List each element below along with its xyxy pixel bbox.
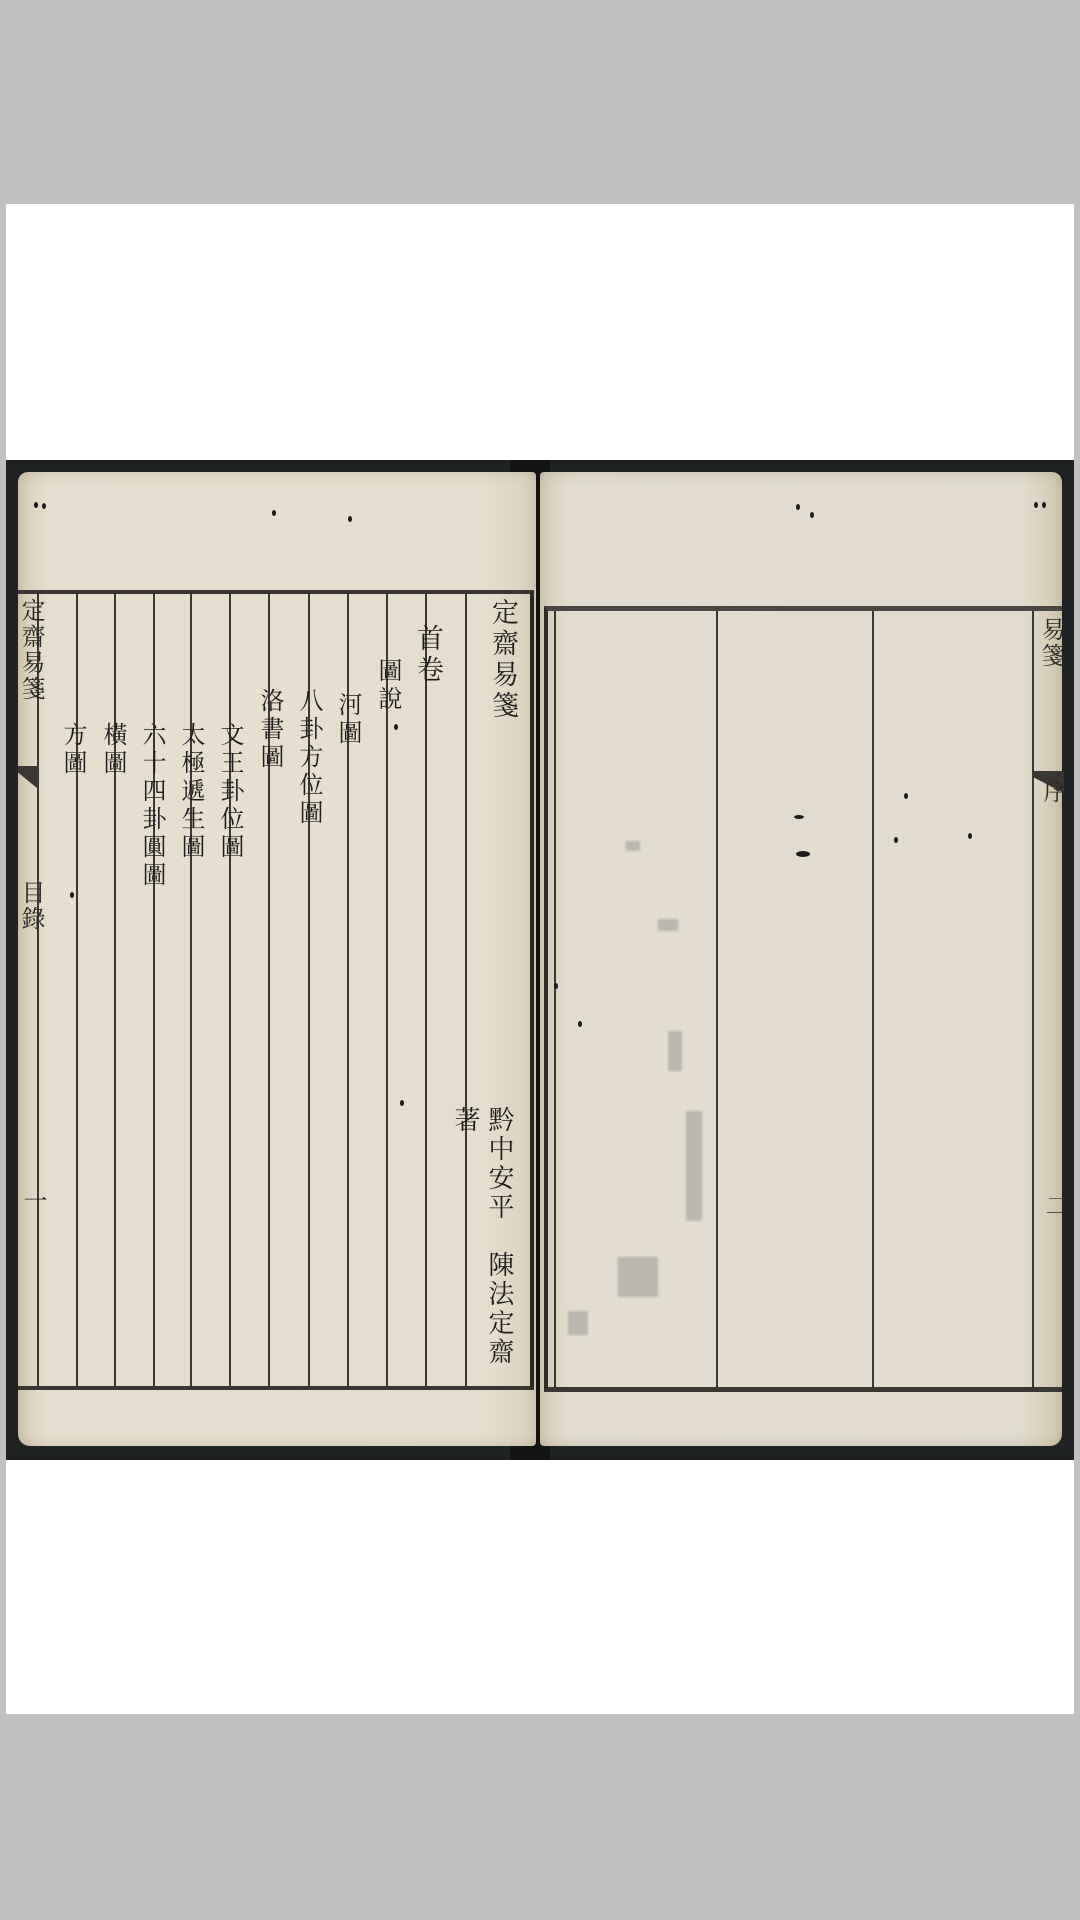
show-through-ink: [568, 1311, 588, 1335]
left-page: 定齋易箋 目錄 一 定齋易箋 首卷 圖說 河圖 八卦方位圖 洛書圖 文王卦位圖 …: [18, 472, 536, 1446]
right-margin-page: 二: [1038, 1193, 1073, 1219]
section-heading: 圖說: [371, 658, 405, 714]
right-page-frame: 易箋 序 二: [544, 606, 1062, 1392]
show-through-ink: [626, 841, 640, 851]
right-page: 易箋 序 二: [540, 472, 1062, 1446]
book-title: 定齋易箋: [485, 598, 519, 722]
toc-item: 橫圖: [96, 722, 130, 778]
left-page-frame: 定齋易箋 目錄 一 定齋易箋 首卷 圖說 河圖 八卦方位圖 洛書圖 文王卦位圖 …: [18, 590, 534, 1390]
fishtail-mark: [18, 766, 37, 788]
toc-item: 方圖: [56, 722, 90, 778]
right-margin-section: 序: [1036, 779, 1071, 805]
left-margin-section: 目錄: [14, 880, 49, 932]
show-through-ink: [618, 1257, 658, 1297]
toc-item: 八卦方位圖: [292, 688, 326, 828]
toc-item: 洛書圖: [253, 688, 287, 772]
volume-heading: 首卷: [410, 624, 444, 686]
left-margin-title: 定齋易箋: [14, 598, 49, 702]
show-through-ink: [668, 1031, 682, 1071]
show-through-ink: [686, 1111, 702, 1221]
author-line: 黔中安平 陳法定齋著: [448, 1106, 516, 1386]
show-through-ink: [658, 919, 678, 931]
toc-item: 太極遞生圖: [174, 722, 208, 862]
right-margin-title: 易箋: [1034, 617, 1069, 669]
toc-item: 文王卦位圖: [213, 722, 247, 862]
left-margin-page: 一: [16, 1188, 51, 1214]
toc-item: 六十四卦圓圖: [135, 722, 169, 890]
toc-item: 河圖: [331, 692, 365, 748]
book-photo: 定齋易箋 目錄 一 定齋易箋 首卷 圖說 河圖 八卦方位圖 洛書圖 文王卦位圖 …: [6, 460, 1074, 1460]
